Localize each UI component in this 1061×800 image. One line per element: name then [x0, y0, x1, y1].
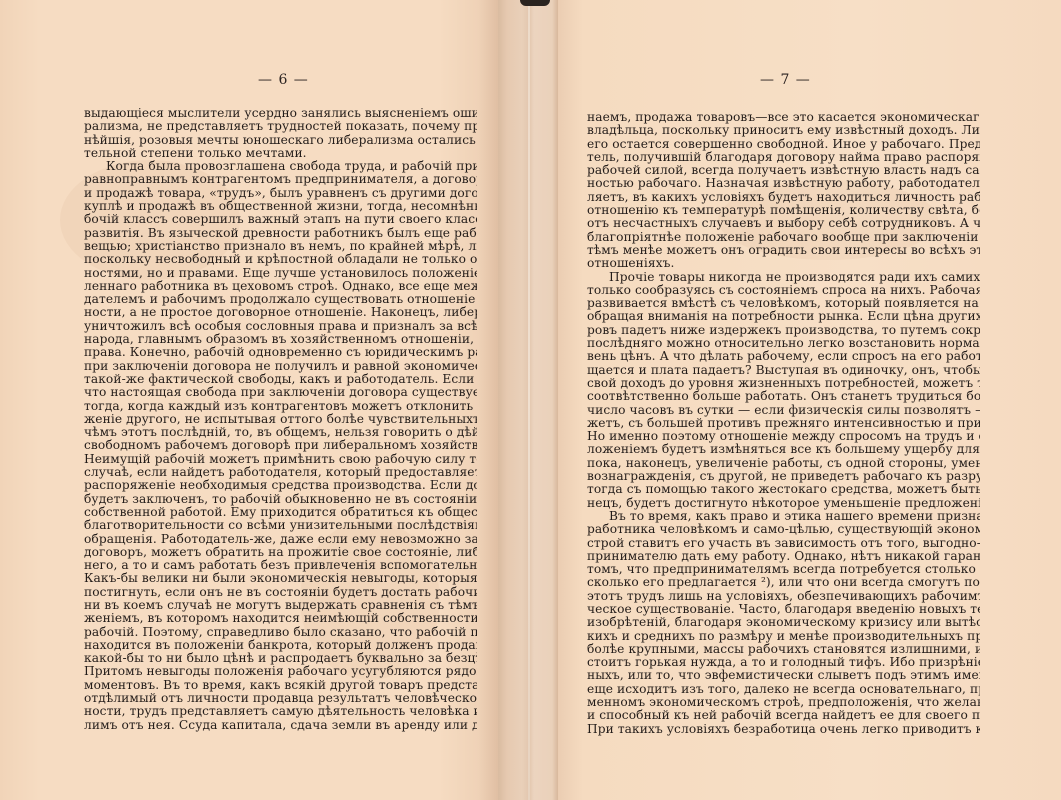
- text-line: равноправнымъ контрагентомъ предпринимат…: [84, 173, 477, 186]
- text-line: кихъ и среднихъ по размѣру и менѣе произ…: [587, 630, 980, 643]
- text-line: строй ставитъ его участь въ зависимость …: [587, 537, 980, 550]
- left-page-body-text: выдающіеся мыслители усердно занялись вы…: [84, 107, 477, 732]
- text-line: стоитъ горькая нужда, а то и голодный ти…: [587, 656, 980, 669]
- text-line: Въ то время, какъ право и этика нашего в…: [587, 510, 980, 523]
- text-line: и способный къ ней рабочій всегда найдет…: [587, 709, 980, 722]
- text-line: только сообразуясь съ состояніемъ спроса…: [587, 284, 980, 297]
- text-line: куплѣ и продажѣ въ общественной жизни, т…: [84, 200, 477, 213]
- text-line: отъ несчастныхъ случаевъ и выбору себѣ с…: [587, 217, 980, 230]
- text-line: владѣльца, поскольку приноситъ ему извѣс…: [587, 124, 980, 137]
- text-line: моментовъ. Въ то время, какъ всякій друг…: [84, 679, 477, 692]
- text-line: тельной степени только мечтами.: [84, 147, 477, 160]
- text-line: тогда, когда каждый изъ контрагентовъ мо…: [84, 400, 477, 413]
- text-line: благопріятнѣе положеніе рабочаго вообще …: [587, 231, 980, 244]
- gutter-fold-line: [528, 0, 530, 800]
- text-line: свой доходъ до уровня жизненныхъ потребн…: [587, 377, 980, 390]
- text-line: находится въ положеніи банкрота, который…: [84, 639, 477, 652]
- text-line: какой-бы то ни было цѣнѣ и распродаетъ б…: [84, 652, 477, 665]
- book-spread: — 6 — — 7 — выдающіеся мыслители усердно…: [0, 0, 1061, 800]
- text-line: дателемъ и рабочимъ продолжало существов…: [84, 293, 477, 306]
- text-line: выдающіеся мыслители усердно занялись вы…: [84, 107, 477, 120]
- text-line: будетъ заключенъ, то рабочій обыкновенно…: [84, 493, 477, 506]
- text-line: права. Конечно, рабочій одновременно съ …: [84, 346, 477, 359]
- text-line: бочій классъ совершилъ важный этапъ на п…: [84, 213, 477, 226]
- text-line: чѣмъ этотъ послѣдній, то, въ общемъ, нел…: [84, 426, 477, 439]
- text-line: ныхъ, или то, что эвфемистически слыветъ…: [587, 669, 980, 682]
- text-line: обращая вниманія на потребности рынка. Е…: [587, 310, 980, 323]
- text-line: ляетъ, въ какихъ условіяхъ будетъ находи…: [587, 191, 980, 204]
- text-line: нѣйшія, розовыя мечты юношескаго либерал…: [84, 134, 477, 147]
- text-line: тель, получившій благодаря договору найм…: [587, 151, 980, 164]
- text-line: договоръ, можетъ обратить на прожитіе св…: [84, 546, 477, 559]
- text-line: вещью; христіанство признало въ немъ, по…: [84, 240, 477, 253]
- text-line: щается и плата падаетъ? Выступая въ один…: [587, 364, 980, 377]
- text-line: наемъ, продажа товаровъ—все это касается…: [587, 111, 980, 124]
- text-line: Неимущій рабочій можетъ примѣнить свою р…: [84, 453, 477, 466]
- text-line: жетъ, съ большей противъ прежняго интенс…: [587, 417, 980, 430]
- text-line: ности, а не простое договорное отношеніе…: [84, 306, 477, 319]
- text-line: случаѣ, если найдетъ работодателя, котор…: [84, 466, 477, 479]
- text-line: женіемъ, въ которомъ находится неимѣющій…: [84, 612, 477, 625]
- text-line: свободномъ рабочемъ договорѣ при либерал…: [84, 439, 477, 452]
- text-line: рабочей силой, всегда получаетъ извѣстну…: [587, 164, 980, 177]
- text-line: поскольку несвободный и крѣпостной облад…: [84, 253, 477, 266]
- text-line: уничтожилъ всѣ особыя сословныя права и …: [84, 320, 477, 333]
- text-line: соотвѣтственно больше работать. Онъ стан…: [587, 390, 980, 403]
- text-line: принимателю дать ему работу. Однако, нѣт…: [587, 550, 980, 563]
- text-line: при заключеніи договора не получилъ и ра…: [84, 360, 477, 373]
- text-line: собственной работой. Ему приходится обра…: [84, 506, 477, 519]
- text-line: нецъ, будетъ достигнуто нѣкоторое уменьш…: [587, 497, 980, 510]
- text-line: вень цѣнъ. А что дѣлать рабочему, если с…: [587, 350, 980, 363]
- text-line: отношеніяхъ.: [587, 257, 980, 270]
- text-line: болѣе крупными, массы рабочихъ становятс…: [587, 643, 980, 656]
- text-line: Но именно поэтому отношеніе между спросо…: [587, 430, 980, 443]
- text-line: Когда была провозглашена свобода труда, …: [84, 160, 477, 173]
- text-line: ности, трудъ представляетъ самую дѣятель…: [84, 705, 477, 718]
- text-line: ложеніемъ будетъ измѣняться все къ больш…: [587, 443, 980, 456]
- text-line: его остается совершенно свободной. Иное …: [587, 138, 980, 151]
- text-line: изобрѣтеній, благодаря экономическому кр…: [587, 616, 980, 629]
- text-line: этотъ трудъ лишь на условіяхъ, обезпечив…: [587, 590, 980, 603]
- text-line: еще исходитъ изъ того, далеко не всегда …: [587, 683, 980, 696]
- text-line: рабочій. Поэтому, справедливо было сказа…: [84, 626, 477, 639]
- text-line: отдѣлимый отъ личности продавца результа…: [84, 692, 477, 705]
- text-line: ровъ падетъ ниже издержекъ производства,…: [587, 324, 980, 337]
- text-line: развивается вмѣстѣ съ человѣкомъ, которы…: [587, 297, 980, 310]
- right-page-body-text: наемъ, продажа товаровъ—все это касается…: [587, 111, 980, 736]
- text-line: и продажѣ товара, «трудъ», былъ уравненъ…: [84, 187, 477, 200]
- text-line: него, а то и самъ работать безъ привлече…: [84, 559, 477, 572]
- text-line: вознагражденія, съ другой, не приведетъ …: [587, 470, 980, 483]
- text-line: сколько его предлагается ²), или что они…: [587, 576, 980, 589]
- text-line: Прочіе товары никогда не производятся ра…: [587, 271, 980, 284]
- text-line: лимъ отъ нея. Ссуда капитала, сдача земл…: [84, 719, 477, 732]
- text-line: менномъ экономическомъ строѣ, предположе…: [587, 696, 980, 709]
- text-line: обращенія. Работодатель-же, даже если ем…: [84, 533, 477, 546]
- text-line: леннаго работника въ цеховомъ строѣ. Одн…: [84, 280, 477, 293]
- text-line: число часовъ въ сутки — если физическія …: [587, 404, 980, 417]
- text-line: что настоящая свобода при заключеніи дог…: [84, 386, 477, 399]
- text-line: благотворительности со всѣми унизительны…: [84, 519, 477, 532]
- text-line: развитія. Въ языческой древности работни…: [84, 227, 477, 240]
- binding-shadow: [520, 0, 550, 6]
- text-line: тогда съ помощью такого жестокаго средст…: [587, 483, 980, 496]
- text-line: Какъ-бы велики ни были экономическія нев…: [84, 572, 477, 585]
- text-line: постигнуть, если онъ не въ состояніи буд…: [84, 586, 477, 599]
- text-line: женіе другого, не испытывая оттого болѣе…: [84, 413, 477, 426]
- text-line: При такихъ условіяхъ безработица очень л…: [587, 723, 980, 736]
- text-line: ни въ коемъ случаѣ не могутъ выдержать с…: [84, 599, 477, 612]
- text-line: ческое существованіе. Часто, благодаря в…: [587, 603, 980, 616]
- text-line: ностью рабочаго. Назначая извѣстную рабо…: [587, 177, 980, 190]
- page-number-left: — 6 —: [258, 72, 309, 88]
- text-line: томъ, что предпринимателямъ всегда потре…: [587, 563, 980, 576]
- text-line: такой-же фактической свободы, какъ и раб…: [84, 373, 477, 386]
- text-line: тѣмъ менѣе можетъ онъ оградить свои инте…: [587, 244, 980, 257]
- text-line: послѣдняго можно относительно легко возс…: [587, 337, 980, 350]
- text-line: пока, наконецъ, увеличеніе работы, съ од…: [587, 457, 980, 470]
- page-number-right: — 7 —: [760, 72, 811, 88]
- text-line: ностями, но и правами. Еще лучше установ…: [84, 267, 477, 280]
- text-line: работника человѣкомъ и само-цѣлью, сущес…: [587, 523, 980, 536]
- text-line: распоряженіе необходимыя средства произв…: [84, 479, 477, 492]
- text-line: народа, главнымъ образомъ въ хозяйственн…: [84, 333, 477, 346]
- text-line: Притомъ невыгоды положенія рабочаго усуг…: [84, 665, 477, 678]
- text-line: отношенію къ температурѣ помѣщенія, коли…: [587, 204, 980, 217]
- text-line: рализма, не представляетъ трудностей пок…: [84, 120, 477, 133]
